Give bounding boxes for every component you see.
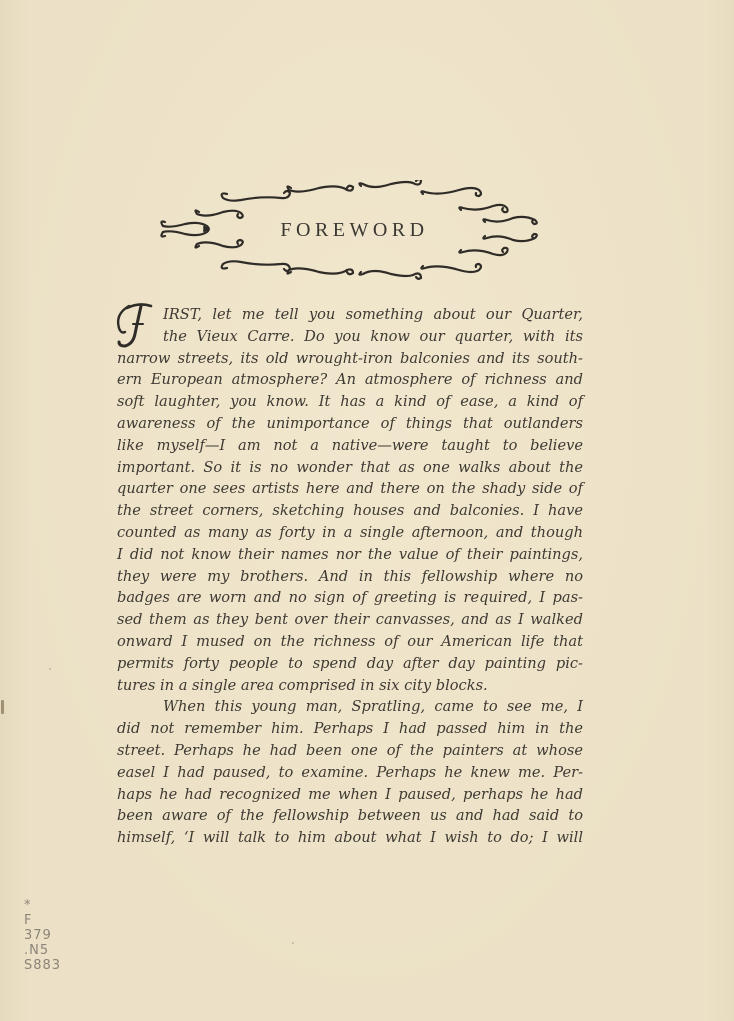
page-title: FOREWORD [155, 180, 550, 280]
text-line: been aware of the fellowship between us … [117, 805, 583, 827]
book-page: FOREWORD IRST, let me tell you something… [0, 0, 734, 1021]
text-line: the street corners, sketching houses and… [117, 500, 583, 522]
text-line: street. Perhaps he had been one of the p… [117, 740, 583, 762]
text-line: himself, ‘I will talk to him about what … [117, 827, 583, 849]
library-call-number: * F 379 .N5 S883 [24, 898, 61, 973]
paper-speck [49, 668, 51, 670]
text-line: haps he had recognized me when I paused,… [117, 784, 583, 806]
call-number-line: 379 [24, 928, 61, 943]
text-line: IRST, let me tell you something about ou… [117, 304, 583, 326]
text-line: permits forty people to spend day after … [117, 653, 583, 675]
call-number-line: S883 [24, 958, 61, 973]
paper-speck [1, 700, 4, 714]
call-number-line: * [24, 898, 61, 913]
call-number-line: F [24, 913, 61, 928]
paper-speck [292, 942, 294, 944]
text-line: narrow streets, its old wrought-iron bal… [117, 348, 583, 370]
text-line: did not remember him. Perhaps I had pass… [117, 718, 583, 740]
foreword-ornament: FOREWORD [155, 180, 550, 280]
paragraph-1: IRST, let me tell you something about ou… [117, 304, 583, 696]
text-line: counted as many as forty in a single aft… [117, 522, 583, 544]
text-line: easel I had paused, to examine. Perhaps … [117, 762, 583, 784]
text-line: the Vieux Carre. Do you know our quarter… [117, 326, 583, 348]
foreword-text: IRST, let me tell you something about ou… [117, 304, 583, 849]
text-line: like myself—I am not a native—were taugh… [117, 435, 583, 457]
paragraph-2: When this young man, Spratling, came to … [117, 696, 583, 849]
text-line: tures in a single area comprised in six … [117, 675, 583, 697]
text-line: soft laughter, you know. It has a kind o… [117, 391, 583, 413]
text-line: ern European atmosphere? An atmosphere o… [117, 369, 583, 391]
text-line: onward I mused on the richness of our Am… [117, 631, 583, 653]
text-line: awareness of the unimportance of things … [117, 413, 583, 435]
call-number-line: .N5 [24, 943, 61, 958]
text-line: quarter one sees artists here and there … [117, 478, 583, 500]
text-line: When this young man, Spratling, came to … [117, 696, 583, 718]
text-line: I did not know their names nor the value… [117, 544, 583, 566]
text-line: they were my brothers. And in this fello… [117, 566, 583, 588]
text-line: important. So it is no wonder that as on… [117, 457, 583, 479]
text-line: badges are worn and no sign of greeting … [117, 587, 583, 609]
text-line: sed them as they bent over their canvass… [117, 609, 583, 631]
